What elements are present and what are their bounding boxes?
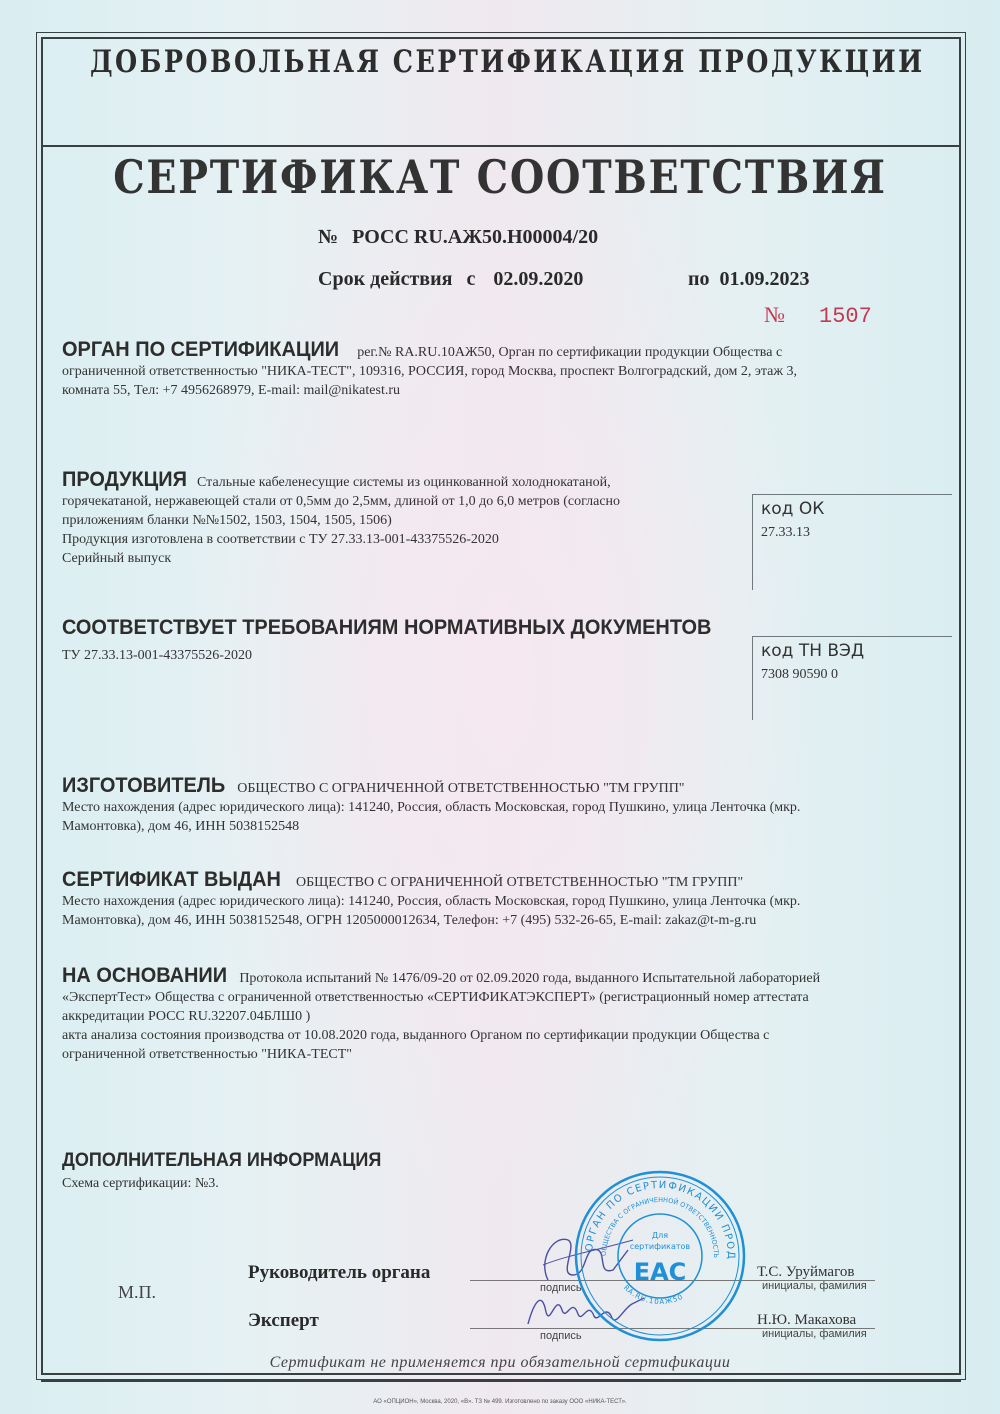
certification-body-heading: ОРГАН ПО СЕРТИФИКАЦИИ: [62, 340, 339, 359]
number-symbol: №: [318, 226, 338, 248]
manufacturer-section: ИЗГОТОВИТЕЛЬ ОБЩЕСТВО С ОГРАНИЧЕННОЙ ОТВ…: [62, 776, 902, 836]
basis-heading: НА ОСНОВАНИИ: [62, 966, 227, 985]
additional-info-line1: Схема сертификации: №3.: [62, 1174, 902, 1193]
ok-code-value: 27.33.13: [761, 525, 952, 541]
product-heading: ПРОДУКЦИЯ: [62, 470, 187, 489]
expert-name-caption: инициалы, фамилия: [762, 1328, 867, 1340]
printer-imprint: АО «ОПЦИОН», Москва, 2020, «В». ТЗ № 499…: [0, 1399, 1000, 1405]
svg-text:сертификатов: сертификатов: [630, 1242, 691, 1251]
requirements-heading: СООТВЕТСТВУЕТ ТРЕБОВАНИЯМ НОРМАТИВНЫХ ДО…: [62, 616, 711, 640]
product-line1: Стальные кабеленесущие системы из оцинко…: [197, 475, 611, 490]
product-line4: Продукция изготовлена в соответствии с Т…: [62, 530, 742, 549]
validity-period: Срок действияс02.09.2020 по 01.09.2023: [318, 268, 583, 291]
tnved-code-label: код ТН ВЭД: [761, 641, 952, 661]
head-name: Т.С. Уруймагов: [757, 1264, 854, 1281]
valid-from: 02.09.2020: [493, 268, 583, 290]
certificate-number: №РОСС RU.АЖ50.Н00004/20: [318, 226, 598, 249]
top-title: ДОБРОВОЛЬНАЯ СЕРТИФИКАЦИЯ ПРОДУКЦИИ: [90, 44, 910, 80]
basis-line1: Протокола испытаний № 1476/09-20 от 02.0…: [239, 971, 820, 986]
valid-to: 01.09.2023: [720, 268, 810, 290]
blank-number-symbol: №: [764, 302, 785, 327]
certification-body-section: ОРГАН ПО СЕРТИФИКАЦИИ рег.№ RA.RU.10АЖ50…: [62, 340, 902, 400]
head-of-body-label: Руководитель органа: [248, 1262, 430, 1284]
certification-stamp-icon: ОРГАН ПО СЕРТИФИКАЦИИ ПРОДУКЦИИ ОБЩЕСТВА…: [572, 1168, 748, 1344]
certification-body-line3: комната 55, Тел: +7 4956268979, E-mail: …: [62, 381, 902, 400]
tnved-code-value: 7308 90590 0: [761, 667, 952, 683]
ok-code-label: код ОК: [761, 499, 952, 519]
svg-text:Для: Для: [652, 1231, 668, 1240]
basis-line3: аккредитации РОСС RU.32207.04БЛШ0 ): [62, 1007, 902, 1026]
basis-line4: акта анализа состояния производства от 1…: [62, 1026, 902, 1045]
additional-info-heading: ДОПОЛНИТЕЛЬНАЯ ИНФОРМАЦИЯ: [62, 1150, 381, 1172]
head-name-caption: инициалы, фамилия: [762, 1280, 867, 1292]
validity-label: Срок действия: [318, 268, 452, 290]
product-line2: горячекатаной, нержавеющей стали от 0,5м…: [62, 492, 742, 511]
blank-number: №1507: [764, 302, 872, 329]
certificate-number-value: РОСС RU.АЖ50.Н00004/20: [352, 226, 598, 248]
issued-to-section: СЕРТИФИКАТ ВЫДАН ОБЩЕСТВО С ОГРАНИЧЕННОЙ…: [62, 870, 902, 930]
manufacturer-line2: Мамонтовка), дом 46, ИНН 5038152548: [62, 817, 902, 836]
issued-to-heading: СЕРТИФИКАТ ВЫДАН: [62, 870, 281, 889]
certification-body-line1: рег.№ RA.RU.10АЖ50, Орган по сертификаци…: [357, 345, 782, 360]
product-section: ПРОДУКЦИЯ Стальные кабеленесущие системы…: [62, 470, 742, 568]
expert-name: Н.Ю. Макахова: [757, 1312, 856, 1329]
issued-to-line1: Место нахождения (адрес юридического лиц…: [62, 892, 902, 911]
product-line5: Серийный выпуск: [62, 549, 742, 568]
basis-section: НА ОСНОВАНИИ Протокола испытаний № 1476/…: [62, 966, 902, 1064]
certification-body-line2: ограниченной ответственностью "НИКА-ТЕСТ…: [62, 362, 902, 381]
bottom-divider: [41, 1380, 961, 1382]
issued-to-name: ОБЩЕСТВО С ОГРАНИЧЕННОЙ ОТВЕТСТВЕННОСТЬЮ…: [296, 875, 743, 890]
to-label: по: [688, 268, 710, 290]
document-title: СЕРТИФИКАТ СООТВЕТСТВИЯ: [70, 150, 930, 204]
blank-number-value: 1507: [819, 304, 872, 329]
svg-text:ЕАС: ЕАС: [634, 1258, 687, 1286]
ok-code-box: код ОК 27.33.13: [752, 494, 952, 590]
additional-info-section: ДОПОЛНИТЕЛЬНАЯ ИНФОРМАЦИЯ Схема сертифик…: [62, 1150, 902, 1193]
product-line3: приложениям бланки №№1502, 1503, 1504, 1…: [62, 511, 742, 530]
basis-line2: «ЭкспертТест» Общества с ограниченной от…: [62, 988, 902, 1007]
expert-label: Эксперт: [248, 1310, 319, 1332]
tnved-code-box: код ТН ВЭД 7308 90590 0: [752, 636, 952, 720]
manufacturer-line1: Место нахождения (адрес юридического лиц…: [62, 798, 902, 817]
seal-place-label: М.П.: [118, 1282, 156, 1303]
manufacturer-heading: ИЗГОТОВИТЕЛЬ: [62, 776, 225, 795]
issued-to-line2: Мамонтовка), дом 46, ИНН 5038152548, ОГР…: [62, 911, 902, 930]
basis-line5: ограниченной ответственностью "НИКА-ТЕСТ…: [62, 1045, 902, 1064]
footer-note: Сертификат не применяется при обязательн…: [0, 1354, 1000, 1372]
from-label: с: [466, 268, 475, 290]
header-divider: [41, 145, 961, 147]
manufacturer-name: ОБЩЕСТВО С ОГРАНИЧЕННОЙ ОТВЕТСТВЕННОСТЬЮ…: [237, 781, 684, 796]
